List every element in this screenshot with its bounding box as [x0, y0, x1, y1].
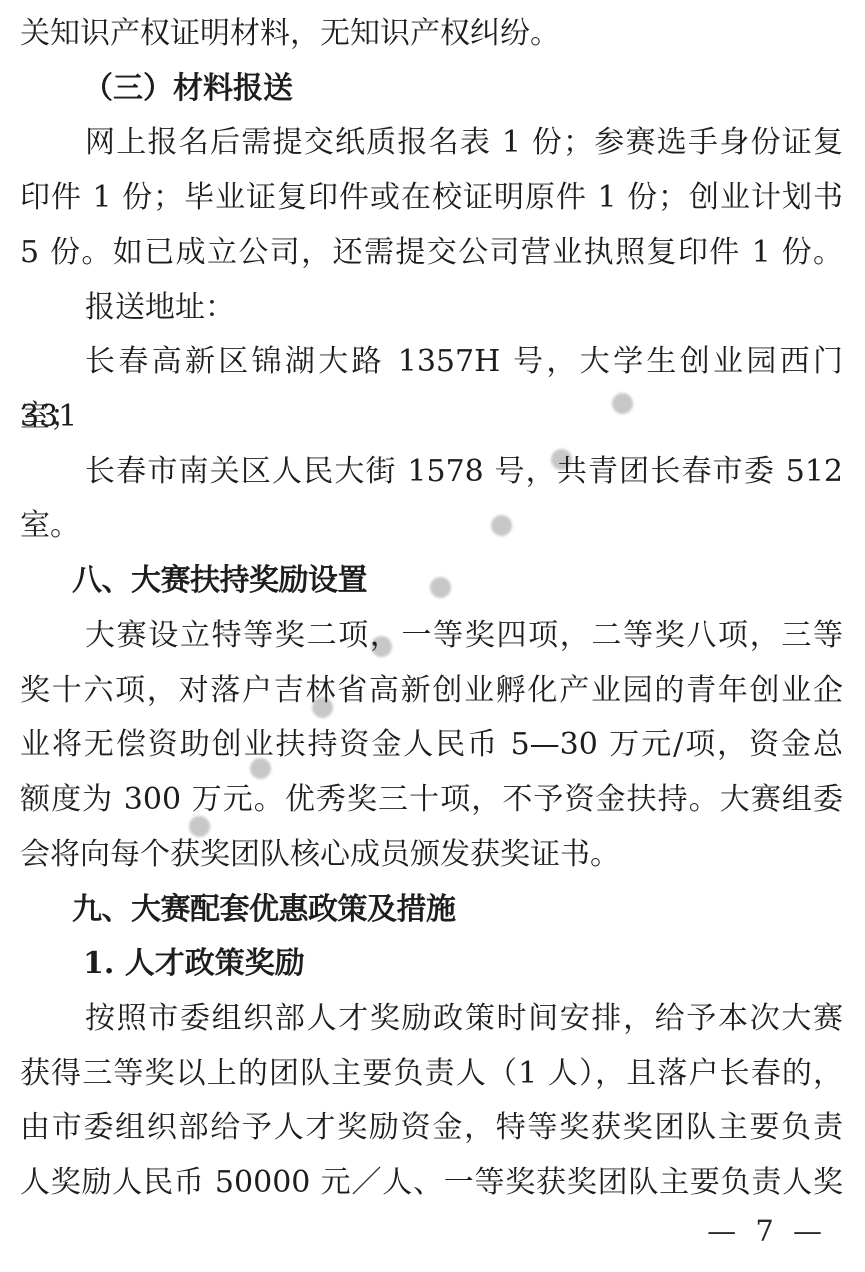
- body-line-address-2: 长春市南关区人民大街 1578 号，共青团长春市委 512: [20, 445, 843, 500]
- body-line: 额度为 300 万元。优秀奖三十项，不予资金扶持。大赛组委: [20, 773, 843, 828]
- body-line: 室；: [20, 390, 843, 445]
- body-line: 5 份。如已成立公司，还需提交公司营业执照复印件 1 份。: [20, 226, 843, 281]
- body-line: 由市委组织部给予人才奖励资金，特等奖获奖团队主要负责: [20, 1101, 843, 1156]
- scanned-document-page: 关知识产权证明材料，无知识产权纠纷。 （三）材料报送 网上报名后需提交纸质报名表…: [0, 0, 865, 1272]
- heading-section-eight: 八、大赛扶持奖励设置: [20, 554, 843, 609]
- body-line: 大赛设立特等奖二项，一等奖四项，二等奖八项，三等: [20, 609, 843, 664]
- body-line: 会将向每个获奖团队核心成员颁发获奖证书。: [20, 828, 843, 883]
- subheading-talent-policy-reward: 1. 人才政策奖励: [20, 937, 843, 992]
- heading-materials-submission: （三）材料报送: [20, 62, 843, 117]
- body-line-address-label: 报送地址：: [20, 281, 843, 336]
- body-line: 人奖励人民币 50000 元／人、一等奖获奖团队主要负责人奖: [20, 1156, 843, 1211]
- body-line: 获得三等奖以上的团队主要负责人（1 人），且落户长春的，: [20, 1047, 843, 1102]
- body-line-address-1: 长春高新区锦湖大路 1357H 号，大学生创业园西门 331: [20, 335, 843, 390]
- body-line: 室。: [20, 499, 843, 554]
- body-line-continuation: 关知识产权证明材料，无知识产权纠纷。: [20, 7, 843, 62]
- body-line: 业将无偿资助创业扶持资金人民币 5—30 万元/项，资金总: [20, 718, 843, 773]
- body-line: 网上报名后需提交纸质报名表 1 份；参赛选手身份证复: [20, 116, 843, 171]
- heading-section-nine: 九、大赛配套优惠政策及措施: [20, 883, 843, 938]
- document-body: 关知识产权证明材料，无知识产权纠纷。 （三）材料报送 网上报名后需提交纸质报名表…: [20, 7, 843, 1211]
- body-line: 印件 1 份；毕业证复印件或在校证明原件 1 份；创业计划书: [20, 171, 843, 226]
- body-line: 奖十六项，对落户吉林省高新创业孵化产业园的青年创业企: [20, 664, 843, 719]
- body-line: 按照市委组织部人才奖励政策时间安排，给予本次大赛: [20, 992, 843, 1047]
- page-number: — 7 —: [707, 1211, 827, 1251]
